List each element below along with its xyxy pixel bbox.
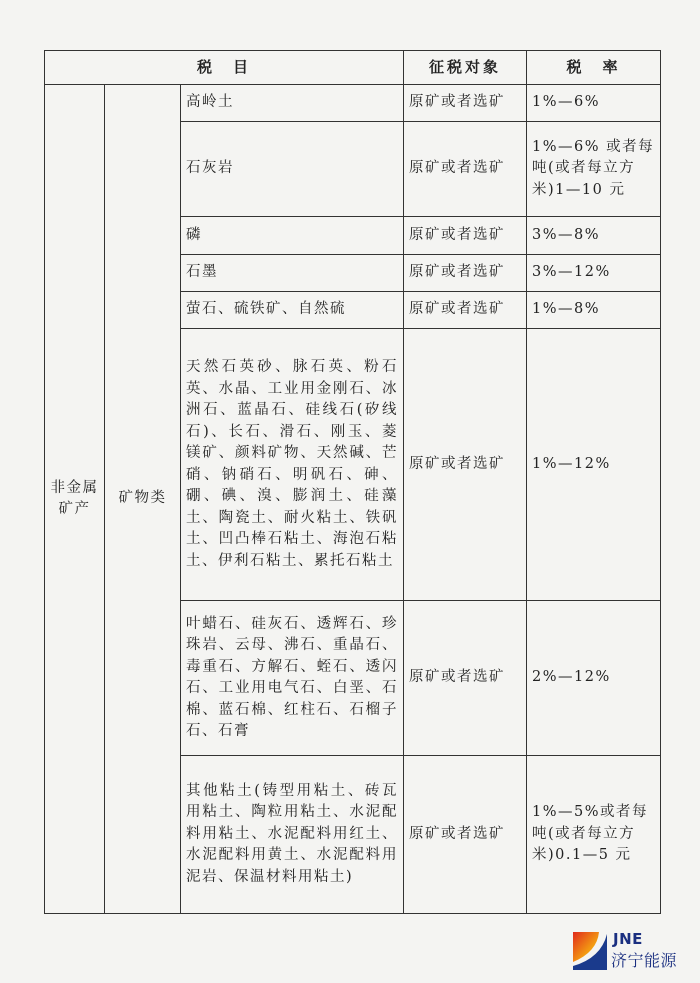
item-cell: 磷 — [181, 217, 404, 255]
header-item: 税 目 — [45, 51, 404, 85]
object-cell: 原矿或者选矿 — [404, 329, 527, 601]
rate-cell: 3%—8% — [527, 217, 661, 255]
header-rate: 税 率 — [527, 51, 661, 85]
table-row: 非金属矿产 矿物类 高岭土 原矿或者选矿 1%—6% — [45, 85, 661, 122]
category-cell: 非金属矿产 — [45, 85, 105, 914]
object-cell: 原矿或者选矿 — [404, 756, 527, 914]
rate-cell: 1%—5%或者每吨(或者每立方米)0.1—5 元 — [527, 756, 661, 914]
object-cell: 原矿或者选矿 — [404, 255, 527, 292]
object-cell: 原矿或者选矿 — [404, 292, 527, 329]
object-cell: 原矿或者选矿 — [404, 601, 527, 756]
item-cell: 高岭土 — [181, 85, 404, 122]
header-row: 税 目 征税对象 税 率 — [45, 51, 661, 85]
item-cell: 石灰岩 — [181, 122, 404, 217]
logo-company-name: 济宁能源 — [611, 948, 677, 971]
item-cell: 叶蜡石、硅灰石、透辉石、珍珠岩、云母、沸石、重晶石、毒重石、方解石、蛭石、透闪石… — [181, 601, 404, 756]
rate-cell: 1%—6% — [527, 85, 661, 122]
logo-brand-text: JNE — [613, 930, 643, 948]
header-object: 征税对象 — [404, 51, 527, 85]
tax-rate-table: 税 目 征税对象 税 率 非金属矿产 矿物类 高岭土 原矿或者选矿 1%—6% … — [44, 50, 661, 914]
rate-cell: 1%—8% — [527, 292, 661, 329]
object-cell: 原矿或者选矿 — [404, 85, 527, 122]
rate-cell: 1%—6% 或者每吨(或者每立方米)1—10 元 — [527, 122, 661, 217]
jne-logo-icon — [573, 932, 607, 970]
item-cell: 石墨 — [181, 255, 404, 292]
item-cell: 其他粘土(铸型用粘土、砖瓦用粘土、陶粒用粘土、水泥配料用粘土、水泥配料用红土、水… — [181, 756, 404, 914]
rate-cell: 2%—12% — [527, 601, 661, 756]
object-cell: 原矿或者选矿 — [404, 217, 527, 255]
subcategory-cell: 矿物类 — [105, 85, 181, 914]
rate-cell: 3%—12% — [527, 255, 661, 292]
jne-watermark-logo: JNE 济宁能源 — [573, 930, 693, 975]
rate-cell: 1%—12% — [527, 329, 661, 601]
item-cell: 萤石、硫铁矿、自然硫 — [181, 292, 404, 329]
object-cell: 原矿或者选矿 — [404, 122, 527, 217]
item-cell: 天然石英砂、脉石英、粉石英、水晶、工业用金刚石、冰洲石、蓝晶石、硅线石(矽线石)… — [181, 329, 404, 601]
